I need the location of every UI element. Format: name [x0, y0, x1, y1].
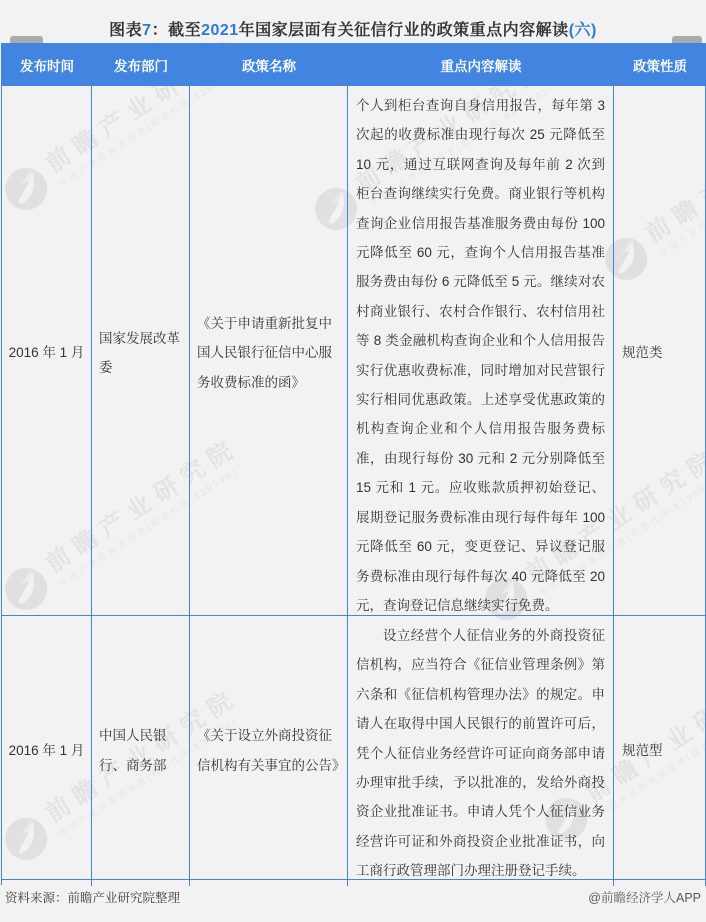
cutoff-cell	[2, 880, 92, 885]
cell-policy-name: 《关于设立外商投资征信机构有关事宜的公告》	[190, 616, 348, 886]
cell-policy-name: 《关于申请重新批复中国人民银行征信中心服务收费标准的函》	[190, 86, 348, 620]
source-note: 资料来源：前瞻产业研究院整理	[5, 888, 180, 906]
title-part: 2021	[201, 22, 239, 39]
cell-publish-time: 2016 年 1 月	[2, 616, 92, 886]
cell-content: 设立经营个人征信业务的外商投资征信机构，应当符合《征信业管理条例》第六条和《征信…	[348, 616, 614, 886]
title-part: 图表	[109, 22, 142, 39]
table-cutoff-row	[2, 880, 706, 885]
cell-policy-nature: 规范类	[614, 86, 706, 620]
cell-content: 个人到柜台查询自身信用报告，每年第 3 次起的收费标准由现行每次 25 元降低至…	[348, 86, 614, 620]
cutoff-cell	[190, 880, 348, 885]
table-header-row: 发布时间发布部门政策名称重点内容解读政策性质	[2, 43, 706, 86]
cell-publish-time: 2016 年 1 月	[2, 86, 92, 620]
page: 前瞻产业研究院中国产业咨询领导者(股票代码:839599)前瞻产业研究院中国产业…	[0, 0, 706, 922]
page-title: 图表7：截至2021年国家层面有关征信行业的政策重点内容解读(六)	[0, 17, 706, 40]
cutoff-cell	[92, 880, 190, 885]
title-part: 7	[142, 22, 151, 39]
table-row: 2016 年 1 月中国人民银行、商务部《关于设立外商投资征信机构有关事宜的公告…	[2, 616, 706, 880]
table-row: 2016 年 1 月国家发展改革委《关于申请重新批复中国人民银行征信中心服务收费…	[2, 86, 706, 616]
column-header-2: 政策名称	[190, 43, 348, 86]
cell-department: 国家发展改革委	[92, 86, 190, 620]
column-header-3: 重点内容解读	[348, 43, 614, 86]
cell-policy-nature: 规范型	[614, 616, 706, 886]
footer: 资料来源：前瞻产业研究院整理 @前瞻经济学人APP	[0, 888, 706, 906]
column-header-0: 发布时间	[2, 43, 92, 86]
cutoff-cell	[614, 880, 706, 885]
column-header-4: 政策性质	[614, 43, 706, 86]
cutoff-cell	[348, 880, 614, 885]
title-part: ：截至	[152, 22, 202, 39]
table-body: 2016 年 1 月国家发展改革委《关于申请重新批复中国人民银行征信中心服务收费…	[2, 86, 706, 880]
policy-table: 发布时间发布部门政策名称重点内容解读政策性质 2016 年 1 月国家发展改革委…	[1, 43, 706, 885]
title-part: (六)	[569, 22, 597, 39]
cell-department: 中国人民银行、商务部	[92, 616, 190, 886]
brand-note: @前瞻经济学人APP	[588, 888, 701, 906]
column-header-1: 发布部门	[92, 43, 190, 86]
title-part: 年国家层面有关征信行业的政策重点内容解读	[239, 22, 569, 39]
